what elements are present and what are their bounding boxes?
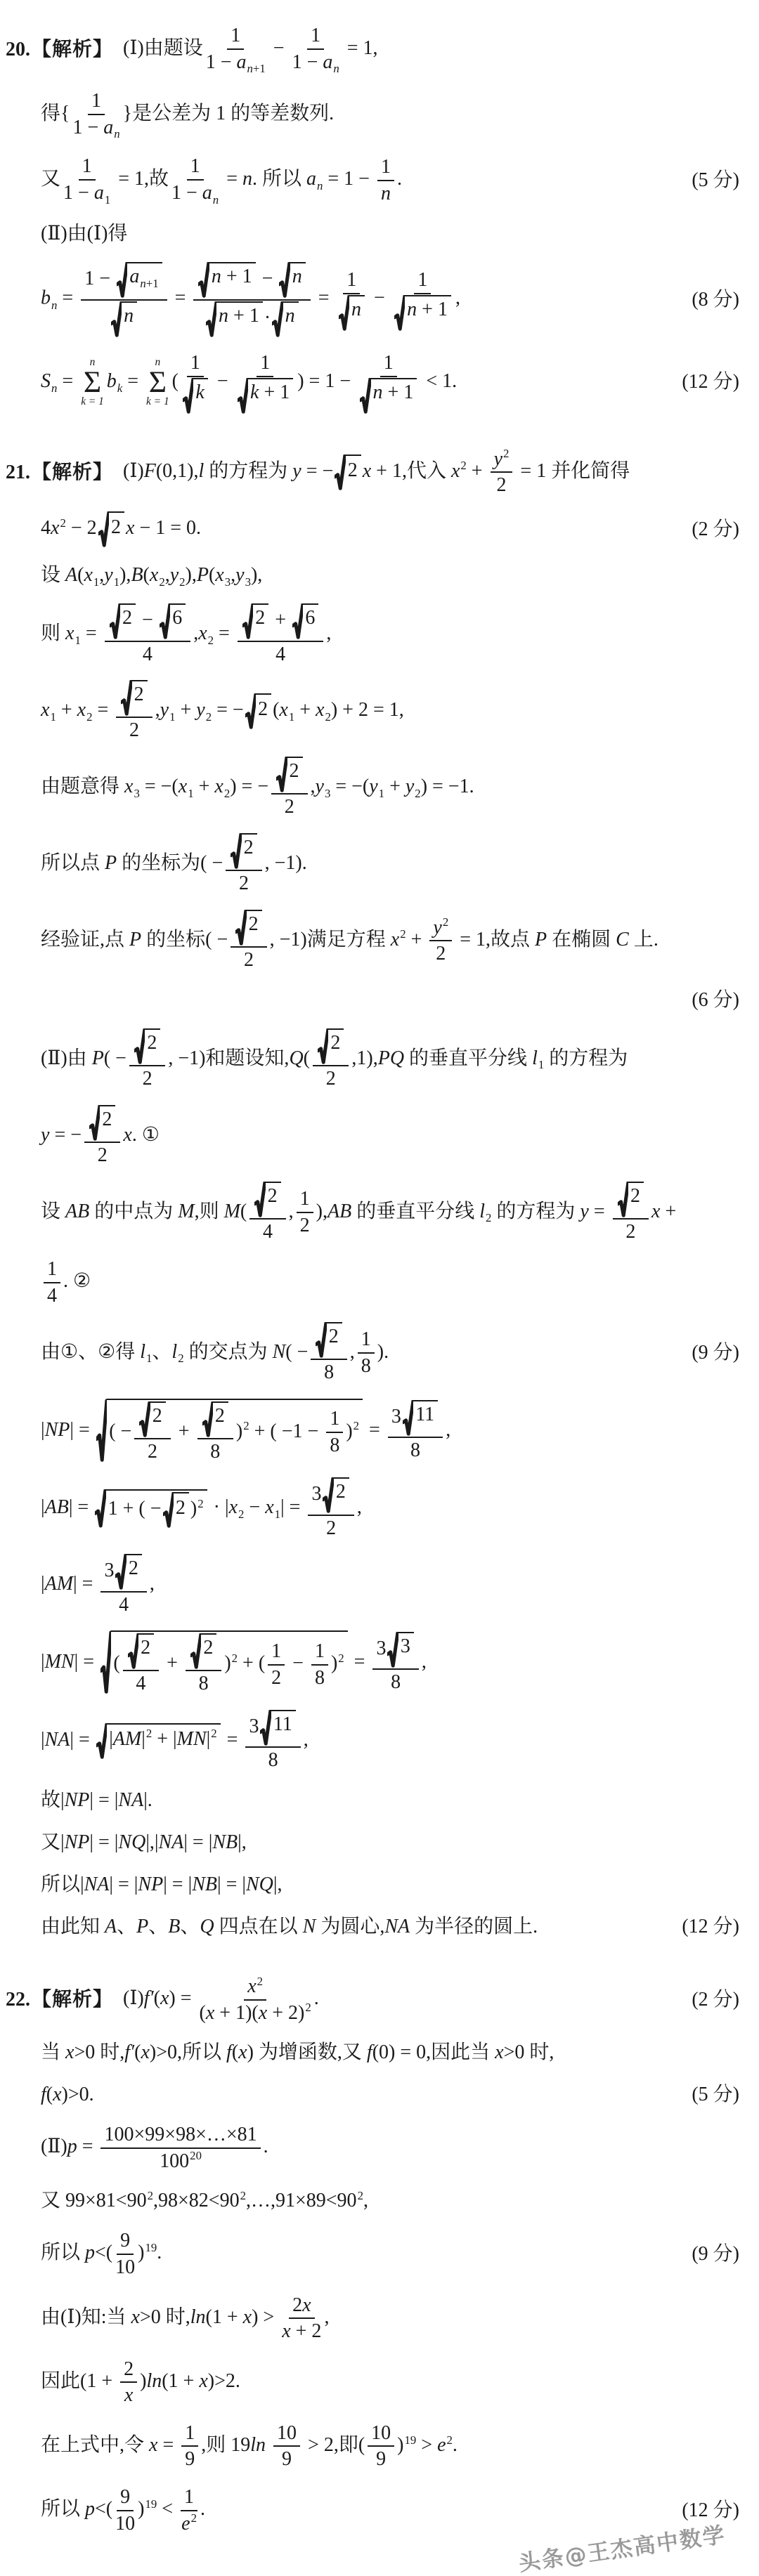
solution-line: |AB| = 1 + ( −2)2 · |x2 − x1| = 322, (0, 1477, 759, 1540)
math-expression: 设 A(x1,y1),B(x2,y2),P(x3,y3), (41, 562, 759, 589)
math-expression: (Ⅰ)F(0,1),l 的方程为 y = −2x + 1,代入 x2 + y22… (123, 447, 759, 497)
radical: ( −22 + 28)2 + ( −1 − 18)2 (96, 1399, 363, 1464)
radical-sign-icon (254, 1182, 265, 1217)
solution-line: (Ⅱ)由(Ⅰ)得 (0, 220, 759, 248)
fraction: 12 (297, 1187, 313, 1237)
analysis-tag: 【解析】 (32, 1987, 113, 2013)
score-badge: (8 分) (679, 287, 759, 313)
radical-sign-icon (160, 603, 170, 639)
solution-line: 所以点 P 的坐标为( −22, −1). (0, 833, 759, 896)
radical: 2 (190, 1633, 216, 1669)
solution-line: 所以|NA| = |NP| = |NB| = |NQ|, (0, 1871, 759, 1899)
fraction: 22 (613, 1182, 649, 1244)
problem-20: 20.【解析】(Ⅰ)由题设11 − an+1 − 11 − an = 1,得{1… (0, 24, 759, 414)
problem-22: 22.【解析】(Ⅰ)f′(x) = x2(x + 1)(x + 2)2.(2 分… (0, 1975, 759, 2535)
radical-sign-icon (360, 378, 370, 414)
math-expression: |NP| = ( −22 + 28)2 + ( −1 − 18)2 = 3118… (41, 1399, 759, 1464)
radical: 1 + ( −2)2 (95, 1489, 207, 1528)
solution-line: y = −22x. ① (0, 1105, 759, 1168)
radical: 2 (235, 910, 261, 946)
problem-number: 22. (6, 1987, 30, 2013)
math-expression: 又|NP| = |NQ|,|NA| = |NB|, (41, 1829, 759, 1856)
summation: nΣk = 1 (146, 357, 169, 408)
radical: 2 (98, 511, 124, 547)
score-badge: (9 分) (679, 1340, 759, 1366)
radical-sign-icon (96, 1723, 107, 1759)
math-expression: 由此知 A、P、B、Q 四点在以 N 为圆心,NA 为半径的圆上. (41, 1914, 669, 1940)
radical: n (339, 295, 365, 331)
radical: 2 (128, 1633, 154, 1669)
fraction: 11 − an (171, 155, 219, 206)
fraction: x2(x + 1)(x + 2)2 (200, 1975, 311, 2025)
solution-line: 因此(1 + 2x)ln(1 + x)>2. (0, 2358, 759, 2407)
problem-number: 21. (6, 459, 30, 486)
fraction: 338 (372, 1632, 418, 1694)
fraction: 24 (249, 1182, 285, 1244)
solution-line: 经验证,点 P 的坐标( −22, −1)满足方程 x2 + y22 = 1,故… (0, 910, 759, 972)
fraction: 324 (100, 1554, 146, 1616)
math-expression: 由题意得 x3 = −(x1 + x2) = −22,y3 = −(y1 + y… (41, 757, 759, 819)
fraction: 2x (120, 2358, 137, 2407)
radical-sign-icon (231, 833, 241, 869)
radical: n (272, 301, 298, 337)
fraction: 1e2 (181, 2485, 197, 2535)
fraction: 28 (186, 1633, 221, 1696)
radical: n + 1 (360, 378, 417, 414)
radical: 2 (245, 693, 271, 729)
fraction: 3118 (388, 1400, 443, 1463)
solution-line: 设 AB 的中点为 M,则 M(24,12),AB 的垂直平分线 l2 的方程为… (0, 1182, 759, 1244)
fraction: 11 − an+1 (206, 24, 266, 75)
solution-line: 由①、②得 l1、l2 的交点为 N( −28,18).(9 分) (0, 1322, 759, 1385)
fraction: 22 (313, 1028, 349, 1091)
radical-sign-icon (403, 1400, 413, 1436)
math-expression: |AB| = 1 + ( −2)2 · |x2 − x1| = 322, (41, 1477, 759, 1540)
solution-line: |MN| = (24 + 28)2 + (12 − 18)2 = 338, (0, 1630, 759, 1696)
radical-sign-icon (235, 910, 246, 946)
radical-sign-icon (100, 1630, 111, 1696)
fraction: 100×99×98×…×8110020 (100, 2123, 260, 2173)
radical-sign-icon (128, 1633, 138, 1669)
fraction: 2 + 64 (238, 603, 324, 666)
math-expression: (Ⅱ)由 P( −22, −1)和题设知,Q(22,1),PQ 的垂直平分线 l… (41, 1028, 759, 1091)
fraction: 1n + 1 (358, 351, 418, 414)
solution-line: 由此知 A、P、B、Q 四点在以 N 为圆心,NA 为半径的圆上.(12 分) (0, 1913, 759, 1941)
fraction: 11 − a1 (63, 155, 110, 206)
radical-sign-icon (279, 262, 290, 298)
fraction: 14 (44, 1257, 60, 1307)
solution-line: Sn = nΣk = 1bk = nΣk = 1(1k − 1k + 1) = … (0, 351, 759, 414)
radical-sign-icon (618, 1182, 628, 1217)
radical: 2 (254, 1182, 280, 1217)
solution-line: 14. ② (0, 1257, 759, 1307)
radical-sign-icon (190, 1633, 201, 1669)
math-expression: 14. ② (41, 1257, 759, 1307)
fraction: 910 (115, 2229, 135, 2279)
radical-sign-icon (276, 757, 287, 792)
radical-sign-icon (206, 301, 216, 337)
solution-line: 则 x1 = 2 − 64,x2 = 2 + 64, (0, 603, 759, 666)
fraction: 1n (377, 155, 394, 205)
radical: 3 (387, 1632, 413, 1668)
solution-line: (Ⅱ)p = 100×99×98×…×8110020. (0, 2123, 759, 2173)
analysis-tag: 【解析】 (32, 459, 113, 486)
solution-line: 设 A(x1,y1),B(x2,y2),P(x3,y3), (0, 561, 759, 589)
solution-line: 又|NP| = |NQ|,|NA| = |NB|, (0, 1829, 759, 1857)
radical: 2 (121, 680, 147, 716)
radical: 2 (318, 1028, 344, 1064)
math-expression: 经验证,点 P 的坐标( −22, −1)满足方程 x2 + y22 = 1,故… (41, 910, 759, 972)
math-expression: 又 99×81<902,98×82<902,…,91×89<902, (41, 2188, 759, 2214)
fraction: 2xx + 2 (282, 2294, 321, 2343)
problem-21: 21.【解析】(Ⅰ)F(0,1),l 的方程为 y = −2x + 1,代入 x… (0, 447, 759, 1941)
radical: n + 1 (206, 301, 263, 337)
fraction: 12 (268, 1640, 285, 1689)
radical: 2 (110, 603, 136, 639)
radical-sign-icon (272, 301, 283, 337)
math-expression: x1 + x2 = 22,y1 + y2 = −2(x1 + x2) + 2 =… (41, 680, 759, 743)
math-expression: 则 x1 = 2 − 64,x2 = 2 + 64, (41, 603, 759, 666)
radical: 11 (260, 1710, 295, 1746)
radical-sign-icon (292, 603, 303, 639)
fraction: y22 (429, 916, 452, 966)
math-expression: |MN| = (24 + 28)2 + (12 − 18)2 = 338, (41, 1630, 759, 1696)
radical: 2 (335, 455, 361, 490)
radical-sign-icon (110, 603, 120, 639)
fraction: 109 (368, 2421, 394, 2471)
fraction: 22 (271, 757, 307, 819)
fraction: 1k (181, 351, 209, 414)
math-expression: 所以|NA| = |NP| = |NB| = |NQ|, (41, 1871, 759, 1898)
radical-sign-icon (98, 511, 109, 547)
score-badge: (9 分) (679, 2241, 759, 2268)
radical-sign-icon (387, 1632, 398, 1668)
math-expression: 因此(1 + 2x)ln(1 + x)>2. (41, 2358, 759, 2407)
math-expression: (Ⅱ)p = 100×99×98×…×8110020. (41, 2123, 759, 2173)
solution-document: 20.【解析】(Ⅰ)由题设11 − an+1 − 11 − an = 1,得{1… (0, 0, 759, 2576)
fraction: 28 (197, 1401, 233, 1464)
solution-line: 22.【解析】(Ⅰ)f′(x) = x2(x + 1)(x + 2)2.(2 分… (0, 1975, 759, 2025)
solution-line: 21.【解析】(Ⅰ)F(0,1),l 的方程为 y = −2x + 1,代入 x… (0, 447, 759, 497)
radical: n + 1 (198, 262, 255, 298)
solution-line: 又11 − a1 = 1,故11 − an = n. 所以 an = 1 − 1… (0, 155, 759, 206)
problem-number: 20. (6, 37, 30, 63)
math-expression: 所以点 P 的坐标为( −22, −1). (41, 833, 759, 896)
fraction: 28 (311, 1322, 346, 1385)
fraction: 3118 (245, 1710, 300, 1772)
solution-line: 在上式中,令 x = 19,则 19ln 109 > 2,即(109)19 > … (0, 2421, 759, 2471)
radical: an+1 (117, 262, 162, 298)
solution-line: 20.【解析】(Ⅰ)由题设11 − an+1 − 11 − an = 1, (0, 24, 759, 75)
radical: 2 (89, 1105, 115, 1141)
fraction: 1k + 1 (236, 351, 295, 414)
solution-line: f(x)>0.(5 分) (0, 2081, 759, 2109)
fraction: 1 − an+1n (81, 262, 167, 337)
math-expression: 所以 p<(910)19 < 1e2. (41, 2485, 669, 2535)
fraction: 22 (116, 680, 152, 743)
solution-line: 由(Ⅰ)知:当 x>0 时,ln(1 + x) > 2xx + 2, (0, 2294, 759, 2343)
radical: 6 (160, 603, 186, 639)
math-expression: 又11 − a1 = 1,故11 − an = n. 所以 an = 1 − 1… (41, 155, 679, 206)
radical: 6 (292, 603, 318, 639)
radical: 2 (134, 1028, 160, 1064)
summation: nΣk = 1 (81, 357, 104, 408)
math-expression: |AM| = 324, (41, 1554, 759, 1616)
math-expression: (Ⅱ)由(Ⅰ)得 (41, 221, 759, 247)
radical: 2 (323, 1477, 349, 1513)
radical-sign-icon (121, 680, 131, 716)
radical-sign-icon (134, 1028, 145, 1064)
radical: 2 (139, 1401, 165, 1437)
radical-sign-icon (96, 1399, 107, 1464)
radical-sign-icon (316, 1322, 326, 1358)
radical-sign-icon (245, 693, 256, 729)
fraction: 22 (129, 1028, 165, 1091)
radical-sign-icon (111, 301, 122, 337)
radical: 2 (115, 1554, 141, 1590)
math-expression: (Ⅰ)由题设11 − an+1 − 11 − an = 1, (123, 24, 759, 75)
radical-sign-icon (117, 262, 127, 298)
math-expression: f(x)>0. (41, 2081, 679, 2108)
radical-sign-icon (339, 295, 349, 331)
solution-line: x1 + x2 = 22,y1 + y2 = −2(x1 + x2) + 2 =… (0, 680, 759, 743)
fraction: n + 1 − nn + 1·n (193, 262, 310, 337)
score-badge: (5 分) (679, 2081, 759, 2108)
fraction: 2 − 64 (105, 603, 191, 666)
score-badge: (2 分) (679, 1987, 759, 2013)
solution-line: 当 x>0 时,f′(x)>0,所以 f(x) 为增函数,又 f(0) = 0,… (0, 2039, 759, 2067)
solution-line: 所以 p<(910)19 < 1e2.(12 分) (0, 2485, 759, 2535)
fraction: 18 (358, 1328, 375, 1378)
math-expression: 由(Ⅰ)知:当 x>0 时,ln(1 + x) > 2xx + 2, (41, 2294, 759, 2343)
radical-sign-icon (238, 378, 248, 414)
radical: |AM|2 + |MN|2 (96, 1723, 221, 1759)
solution-line: |NP| = ( −22 + 28)2 + ( −1 − 18)2 = 3118… (0, 1399, 759, 1464)
math-expression: 在上式中,令 x = 19,则 19ln 109 > 2,即(109)19 > … (41, 2421, 759, 2471)
fraction: 19 (181, 2421, 198, 2471)
solution-line: (Ⅱ)由 P( −22, −1)和题设知,Q(22,1),PQ 的垂直平分线 l… (0, 1028, 759, 1091)
radical-sign-icon (242, 603, 253, 639)
radical-sign-icon (202, 1401, 213, 1437)
fraction: 1n + 1 (393, 268, 453, 331)
fraction: 910 (115, 2485, 135, 2535)
score-badge: (12 分) (669, 2497, 759, 2524)
fraction: 22 (231, 910, 266, 972)
solution-line: |AM| = 324, (0, 1554, 759, 1616)
radical-sign-icon (335, 455, 345, 490)
solution-line: 4x2 − 22x − 1 = 0.(2 分) (0, 511, 759, 547)
fraction: 22 (84, 1105, 120, 1168)
math-expression: 得{11 − an}是公差为 1 的等差数列. (41, 89, 759, 140)
math-expression: y = −22x. ① (41, 1105, 759, 1168)
math-expression: Sn = nΣk = 1bk = nΣk = 1(1k − 1k + 1) = … (41, 351, 669, 414)
radical: 2 (276, 757, 302, 792)
math-expression: 故|NP| = |NA|. (41, 1787, 759, 1814)
radical-sign-icon (139, 1401, 150, 1437)
fraction: 22 (134, 1401, 170, 1464)
solution-line: (6 分) (0, 986, 759, 1014)
fraction: 11 − an (292, 24, 339, 75)
math-expression: |NA| = |AM|2 + |MN|2 = 3118, (41, 1710, 759, 1772)
radical: 2 (163, 1492, 189, 1528)
fraction: 24 (123, 1633, 159, 1696)
radical: 2 (242, 603, 268, 639)
radical-sign-icon (183, 378, 193, 414)
score-badge: (12 分) (669, 1914, 759, 1940)
radical-sign-icon (163, 1492, 174, 1528)
radical: 11 (403, 1400, 438, 1436)
radical-sign-icon (394, 295, 405, 331)
math-expression: 所以 p<(910)19. (41, 2229, 679, 2279)
radical: k + 1 (238, 378, 294, 414)
radical-sign-icon (115, 1554, 126, 1590)
radical-sign-icon (323, 1477, 333, 1513)
math-expression: 设 AB 的中点为 M,则 M(24,12),AB 的垂直平分线 l2 的方程为… (41, 1182, 759, 1244)
radical: k (183, 378, 208, 414)
fraction: 18 (311, 1640, 328, 1689)
radical: 2 (618, 1182, 644, 1217)
math-expression: 当 x>0 时,f′(x)>0,所以 f(x) 为增函数,又 f(0) = 0,… (41, 2039, 759, 2066)
score-badge: (5 分) (679, 167, 759, 194)
radical-sign-icon (198, 262, 209, 298)
solution-line: 故|NP| = |NA|. (0, 1786, 759, 1815)
radical-sign-icon (89, 1105, 100, 1141)
math-expression: (Ⅰ)f′(x) = x2(x + 1)(x + 2)2. (123, 1975, 679, 2025)
fraction: 22 (226, 833, 261, 896)
radical-sign-icon (318, 1028, 328, 1064)
solution-line: 由题意得 x3 = −(x1 + x2) = −22,y3 = −(y1 + y… (0, 757, 759, 819)
radical: n + 1 (394, 295, 451, 331)
math-expression: 4x2 − 22x − 1 = 0. (41, 511, 679, 547)
radical: n (279, 262, 305, 298)
score-badge: (2 分) (679, 516, 759, 543)
radical: 2 (316, 1322, 342, 1358)
fraction: 1n (337, 268, 366, 331)
solution-line: |NA| = |AM|2 + |MN|2 = 3118, (0, 1710, 759, 1772)
score-badge: (12 分) (669, 369, 759, 395)
fraction: 11 − an (72, 89, 119, 140)
solution-line: bn = 1 − an+1n = n + 1 − nn + 1·n = 1n −… (0, 262, 759, 337)
radical: (24 + 28)2 + (12 − 18)2 (100, 1630, 348, 1696)
radical-sign-icon (260, 1710, 271, 1746)
radical: 2 (202, 1401, 228, 1437)
fraction: 109 (273, 2421, 300, 2471)
score-badge: (6 分) (679, 987, 759, 1014)
radical: 2 (231, 833, 257, 869)
fraction: 322 (308, 1477, 353, 1540)
solution-line: 得{11 − an}是公差为 1 的等差数列. (0, 89, 759, 140)
solution-line: 所以 p<(910)19.(9 分) (0, 2229, 759, 2279)
solution-line: 又 99×81<902,98×82<902,…,91×89<902, (0, 2187, 759, 2215)
math-expression: bn = 1 − an+1n = n + 1 − nn + 1·n = 1n −… (41, 262, 679, 337)
radical-sign-icon (95, 1489, 105, 1528)
math-expression: 由①、②得 l1、l2 的交点为 N( −28,18). (41, 1322, 679, 1385)
radical: n (111, 301, 137, 337)
fraction: y22 (491, 447, 513, 497)
fraction: 18 (326, 1407, 343, 1457)
analysis-tag: 【解析】 (32, 37, 113, 63)
